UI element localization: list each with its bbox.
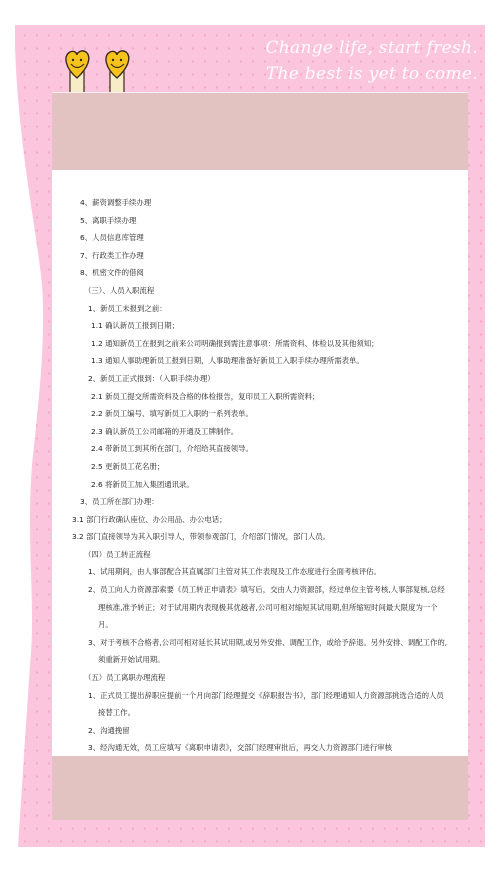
document-line: 3、员工所在部门办理： — [72, 493, 454, 511]
document-line: 3、经沟通无效，员工应填写《离职申请表》，交部门经理审批后，再交人力资源部门进行… — [72, 739, 454, 757]
document-line: 2.3 确认新员工公司邮箱的开通及工牌制作。 — [72, 423, 454, 441]
document-line: 1、试用期间，由人事部配合其直属部门主管对其工作表现及工作态度进行全面考核评估。 — [72, 563, 454, 581]
document-line: 1、新员工未报到之前： — [72, 300, 454, 318]
document-line: 1.3 通知人事助理新员工报到日期，人事助理准备好新员工入职手续办理所需表单。 — [72, 352, 454, 370]
header-band — [52, 92, 468, 171]
document-body: 4、薪资调整手续办理5、离职手续办理6、人员信息库管理7、行政类工作办理8、机密… — [72, 194, 454, 775]
document-line: （五）员工离职办理流程 — [72, 669, 454, 687]
document-line: 2.5 更新员工花名册； — [72, 458, 454, 476]
document-line: 5、离职手续办理 — [72, 212, 454, 230]
document-line: 1、正式员工提出辞职应提前一个月向部门经理提交《辞职报告书》，部门经理通知人力资… — [72, 687, 454, 705]
document-line: 4、薪资调整手续办理 — [72, 194, 454, 212]
document-line: （四）员工转正流程 — [72, 546, 454, 564]
motto-text: Change life, start fresh. The best is ye… — [265, 35, 478, 87]
document-line: 1.1 确认新员工报到日期； — [72, 317, 454, 335]
motto-line-2: The best is yet to come. — [265, 61, 478, 87]
document-page: 4、薪资调整手续办理5、离职手续办理6、人员信息库管理7、行政类工作办理8、机密… — [52, 170, 468, 756]
document-line: 2.4 带新员工到其所在部门，介绍给其直接领导。 — [72, 440, 454, 458]
document-line: 2.2 新员工编号、填写新员工入职的一系列表单。 — [72, 405, 454, 423]
document-line: 2.6 将新员工加入集团通讯录。 — [72, 476, 454, 494]
document-line: 3.2 部门直接领导为其入职引导人，带领参观部门，介绍部门情况，部门人员。 — [72, 528, 454, 546]
document-line: 8、机密文件的借阅 — [72, 264, 454, 282]
document-line: 3、对于考核不合格者,公司可相对延长其试用期,或另外安排、调配工作，或给予辞退。… — [72, 634, 454, 652]
document-line: 2.1 新员工提交所需资料及合格的体检报告，复印员工入职所需资料； — [72, 388, 454, 406]
document-line: 6、人员信息库管理 — [72, 229, 454, 247]
document-line: 1.2 通知新员工在报到之前来公司明确报到需注意事项：所需资料、体检以及其他须知… — [72, 335, 454, 353]
document-line: 3.1 部门行政确认座位、办公用品、办公电话； — [72, 511, 454, 529]
document-line: 理核准,准予转正；对于试用期内表现极其优越者,公司可相对缩短其试用期,但所缩短时… — [72, 599, 454, 617]
document-line: 月。 — [72, 616, 454, 634]
document-line: （三）、人员入职流程 — [72, 282, 454, 300]
document-line: 2、员工向人力资源部索要《员工转正申请表》填写后，交由人力资源部，经过单位主管考… — [72, 581, 454, 599]
document-line: 2、新员工正式报到：（入职手续办理） — [72, 370, 454, 388]
document-line: 7、行政类工作办理 — [72, 247, 454, 265]
document-line: 接替工作。 — [72, 704, 454, 722]
footer-band — [52, 756, 468, 820]
heart-smiley-clip-icon — [60, 44, 150, 96]
motto-line-1: Change life, start fresh. — [265, 35, 478, 61]
document-line: 须重新开始试用期。 — [72, 651, 454, 669]
document-line: 2、沟通挽留 — [72, 722, 454, 740]
